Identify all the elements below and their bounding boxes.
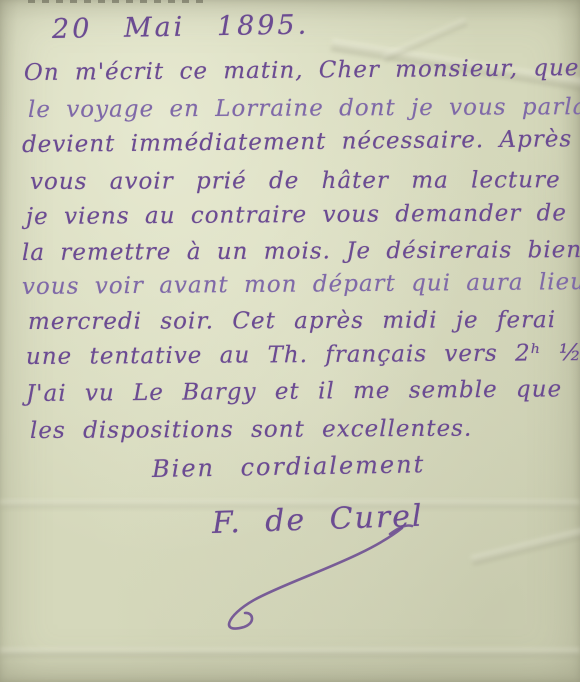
handwritten-line: je viens au contraire vous demander de [26,200,567,230]
handwritten-line: J'ai vu Le Bargy et il me semble que [26,376,562,407]
handwritten-line: la remettre à un mois. Je désirerais bie… [22,237,580,266]
handwritten-line: une tentative au Th. français vers 2ʰ ½. [26,340,580,370]
signature-flourish [150,520,440,650]
handwritten-line: On m'écrit ce matin, Cher monsieur, que [24,55,580,86]
handwritten-line: mercredi soir. Cet après midi je ferai [28,307,556,335]
date-line: 20 Mai 1895. [52,10,310,45]
closing-line: Bien cordialement [152,450,426,483]
handwritten-line: le voyage en Lorraine dont je vous parla… [28,94,580,123]
handwritten-line: vous voir avant mon départ qui aura lieu [22,269,580,300]
paper-torn-edge [28,0,203,3]
handwritten-line: devient immédiatement nécessaire. Après [22,126,572,158]
handwritten-line: vous avoir prié de hâter ma lecture [30,167,561,195]
letter-page: 20 Mai 1895. On m'écrit ce matin, Cher m… [0,0,580,682]
handwritten-line: les dispositions sont excellentes. [30,416,472,444]
paper-crease [471,524,580,565]
